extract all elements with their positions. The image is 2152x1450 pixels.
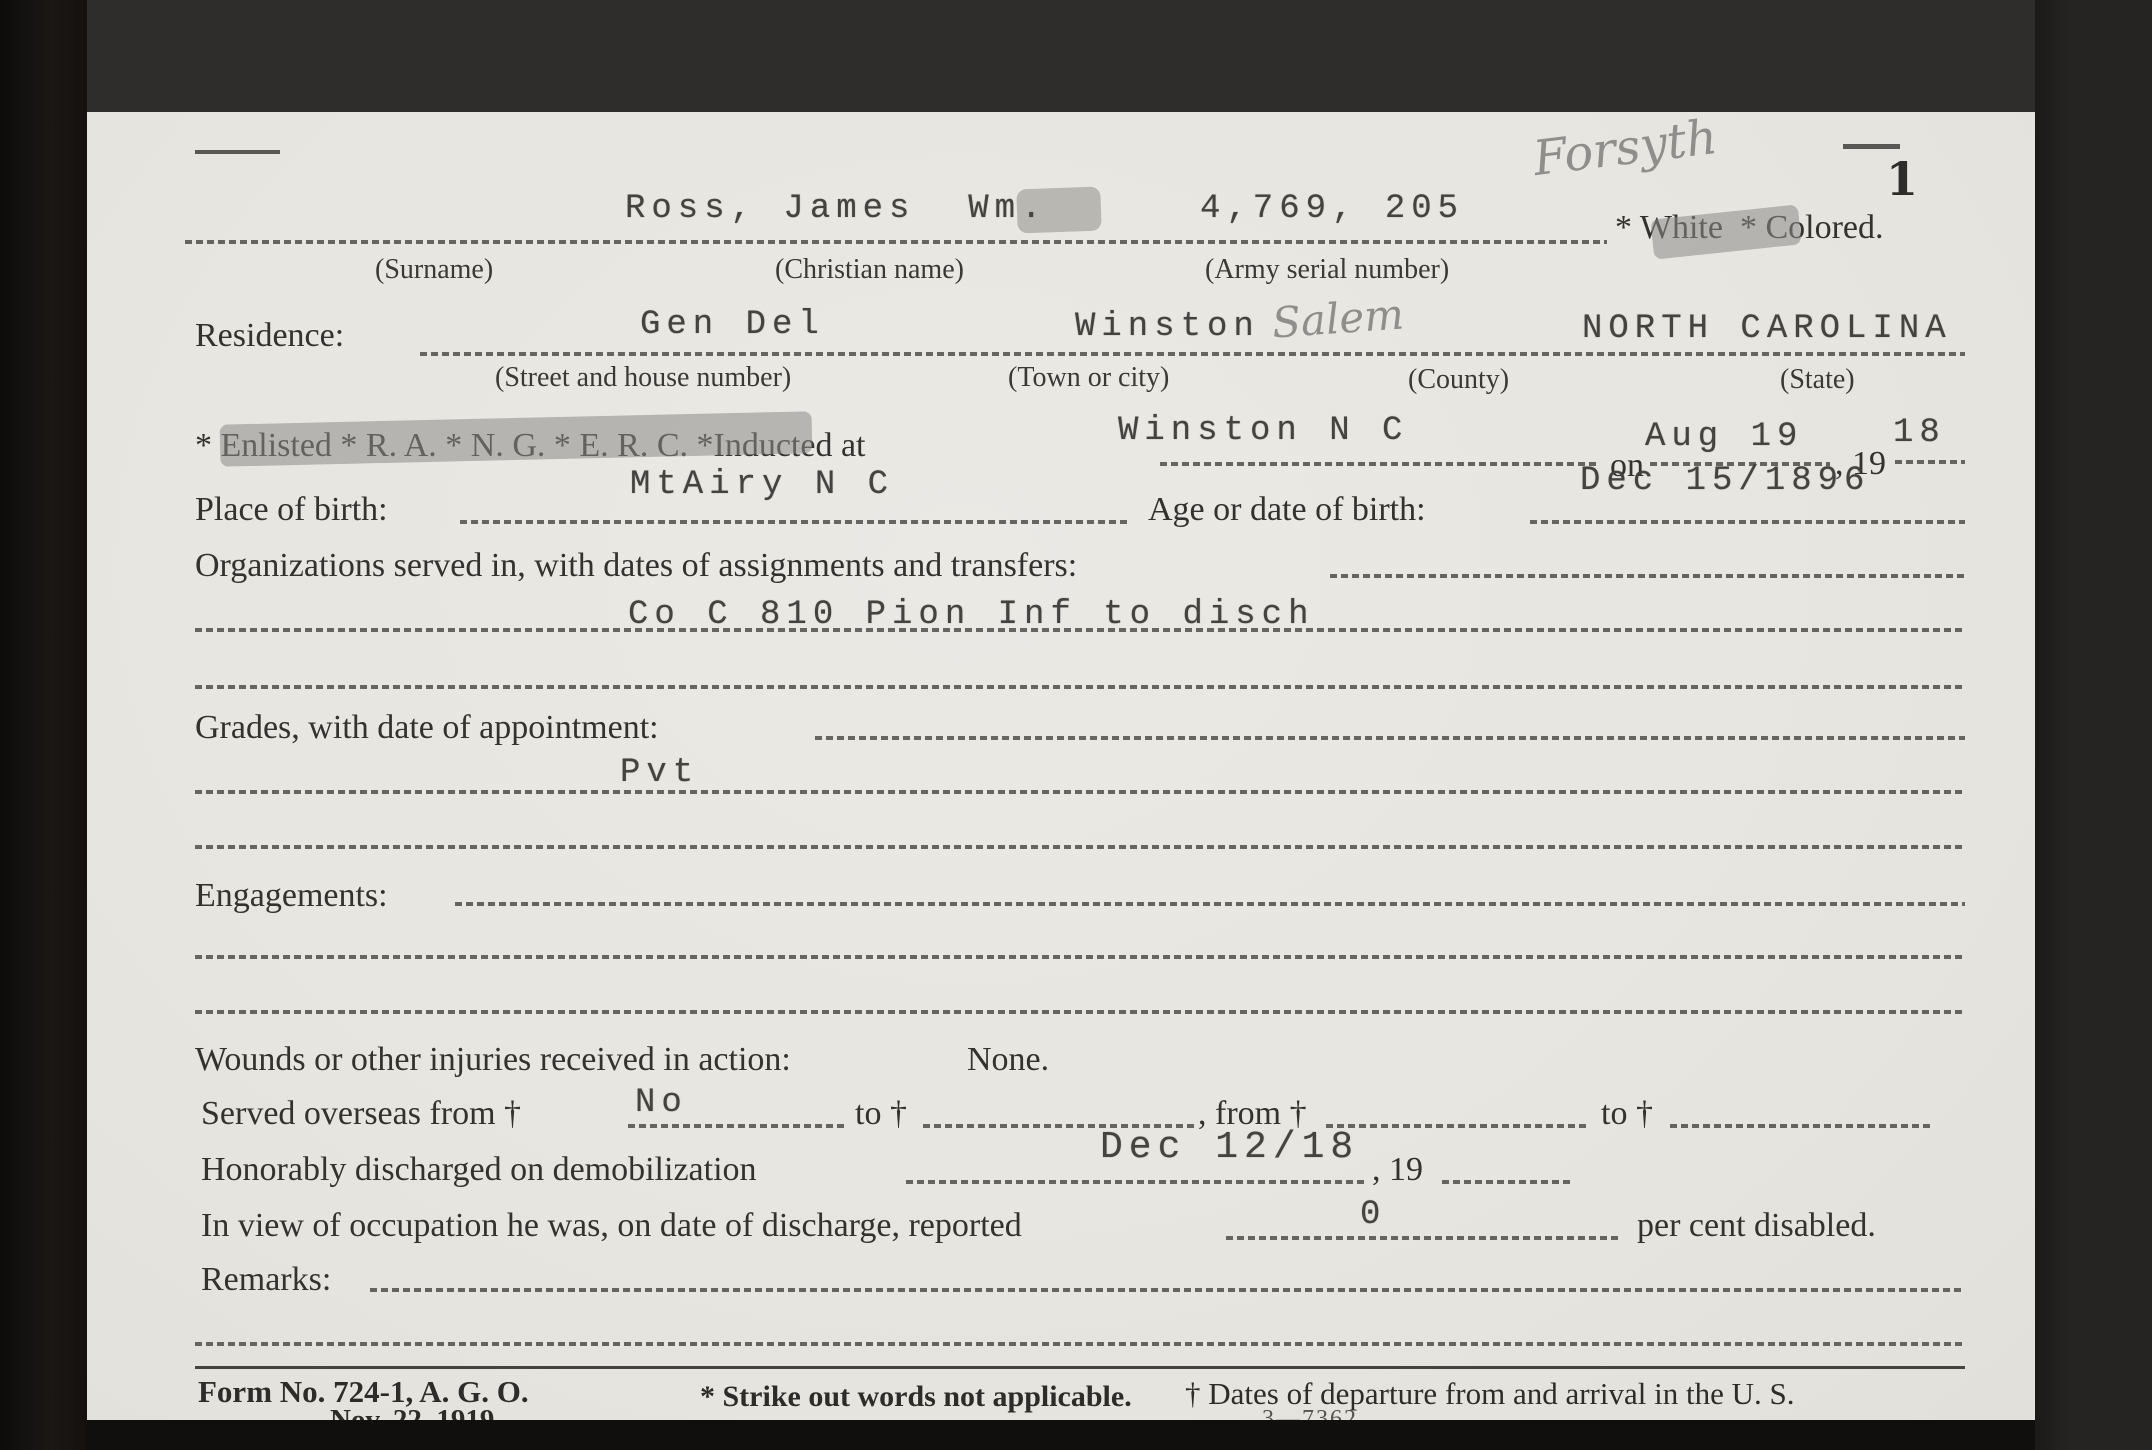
- grades-line-3: [195, 845, 1965, 849]
- christian-name-label: (Christian name): [775, 254, 964, 286]
- inducted-place-line: [1160, 462, 1600, 466]
- grades-line-2: [195, 790, 1965, 794]
- town-handwriting: Salem: [1270, 289, 1405, 347]
- residence-label: Residence:: [195, 318, 344, 354]
- surname-label: (Surname): [375, 254, 493, 286]
- birth-place-label: Place of birth:: [195, 492, 388, 528]
- remarks-label: Remarks:: [201, 1262, 331, 1298]
- birth-age-label: Age or date of birth:: [1148, 492, 1426, 528]
- grades-line-1: [815, 736, 1965, 740]
- page-number-overline: [1843, 144, 1900, 149]
- service-record-card: Forsyth 1 Ross, James Wm. 4,769, 205 * W…: [87, 112, 2035, 1420]
- birth-place-value: MtAiry N C: [630, 466, 894, 504]
- county-handwriting: Forsyth: [1530, 112, 1720, 187]
- overseas-to2-label: to †: [1601, 1096, 1653, 1132]
- residence-street-value: Gen Del: [640, 306, 825, 344]
- engagements-label: Engagements:: [195, 878, 388, 914]
- induction-date-value: Aug 19: [1645, 418, 1803, 456]
- discharge-year-prefix: , 19: [1372, 1152, 1423, 1188]
- birth-date-line: [1530, 520, 1965, 524]
- engagements-line-2: [195, 955, 1965, 959]
- state-label: (State): [1780, 364, 1855, 396]
- remarks-line-2: [195, 1342, 1965, 1346]
- serial-label: (Army serial number): [1205, 254, 1449, 286]
- engagements-line-3: [195, 1010, 1965, 1014]
- wounds-value: None.: [967, 1042, 1049, 1078]
- grades-value: Pvt: [620, 754, 699, 792]
- footer-rule: [195, 1366, 1965, 1369]
- strike-note: * Strike out words not applicable.: [700, 1380, 1132, 1414]
- organizations-line-3: [195, 685, 1965, 689]
- engagements-line-1: [455, 902, 1965, 906]
- discharge-label: Honorably discharged on demobilization: [201, 1152, 757, 1188]
- inducted-place-value: Winston N C: [1118, 412, 1408, 450]
- print-code: 3—7362: [1262, 1406, 1358, 1420]
- scan-border-right: [2035, 0, 2152, 1450]
- scan-border-bottom: [87, 1420, 2035, 1450]
- residence-town-value: Winston: [1075, 308, 1260, 346]
- serial-value: 4,769, 205: [1200, 190, 1464, 228]
- street-label: (Street and house number): [495, 362, 791, 394]
- form-date: Nov. 22, 1919.: [330, 1404, 502, 1420]
- discharge-line-2: [1442, 1180, 1570, 1184]
- discharge-line-1: [906, 1180, 1366, 1184]
- overseas-line-1: [628, 1124, 845, 1128]
- name-value: Ross, James Wm.: [625, 190, 1047, 228]
- name-line: [185, 240, 1607, 244]
- overseas-from-value: No: [635, 1084, 688, 1122]
- organizations-line-1: [1330, 574, 1965, 578]
- town-label: (Town or city): [1008, 362, 1169, 394]
- discharge-date-value: Dec 12/18: [1100, 1126, 1359, 1169]
- scan-border-top: [87, 0, 2035, 112]
- remarks-line-1: [370, 1288, 1965, 1292]
- birth-place-line: [460, 520, 1128, 524]
- overseas-line-3: [1326, 1124, 1590, 1128]
- wm-ink-smudge: [1016, 187, 1101, 234]
- disability-value: 0: [1360, 1196, 1386, 1234]
- disability-label: In view of occupation he was, on date of…: [201, 1208, 1022, 1244]
- overseas-from-label: Served overseas from †: [201, 1096, 521, 1132]
- page-number: 1: [1886, 152, 1918, 206]
- wounds-label: Wounds or other injuries received in act…: [195, 1042, 791, 1078]
- grades-label: Grades, with date of appointment:: [195, 710, 659, 746]
- scan-border-left: [0, 0, 87, 1450]
- induction-year-value: 18: [1893, 414, 1946, 452]
- induction-year-line: [1895, 460, 1965, 464]
- scanned-document: Forsyth 1 Ross, James Wm. 4,769, 205 * W…: [0, 0, 2152, 1450]
- disability-line: [1226, 1236, 1620, 1240]
- top-left-mark: [195, 150, 280, 154]
- disability-suffix: per cent disabled.: [1637, 1208, 1876, 1244]
- organizations-label: Organizations served in, with dates of a…: [195, 548, 1077, 584]
- residence-state-value: NORTH CAROLINA: [1582, 310, 1952, 348]
- overseas-to-label: to †: [855, 1096, 907, 1132]
- overseas-line-4: [1670, 1124, 1934, 1128]
- residence-line: [420, 352, 1965, 356]
- organizations-line-2: [195, 628, 1965, 632]
- birth-date-value: Dec 15/1896: [1580, 462, 1870, 500]
- county-label: (County): [1408, 364, 1509, 396]
